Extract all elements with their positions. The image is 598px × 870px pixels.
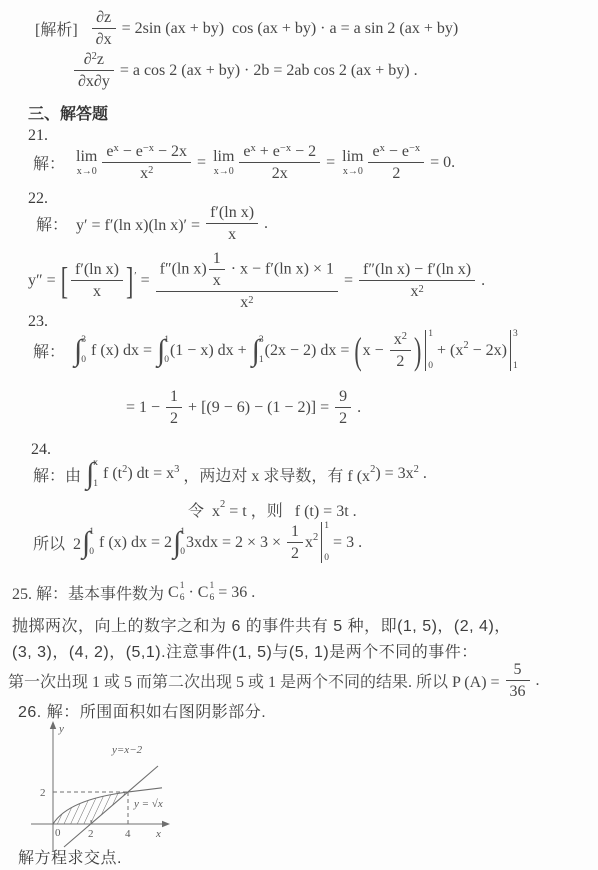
- x-tick-2-label: 2: [88, 828, 94, 840]
- text-run: ) = 3x: [375, 465, 413, 483]
- fraction-denominator: ∂x∂y: [74, 70, 114, 91]
- text-run: .: [353, 399, 361, 417]
- evaluation-lower-bound: 1: [513, 362, 518, 372]
- integral-bounds: x1: [93, 457, 98, 491]
- superscript: 2: [402, 331, 407, 342]
- superscript: 2: [92, 51, 97, 62]
- text-run: f (t: [99, 465, 122, 483]
- fraction: f″(ln x)1x · x − f′(ln x) × 1x2: [156, 249, 338, 313]
- fraction-denominator: 2: [368, 162, 424, 183]
- integral-lower-bound: 1: [259, 356, 264, 366]
- combination-symbol: C16: [198, 581, 214, 605]
- fraction: 1x: [209, 249, 225, 290]
- text-run: z: [97, 51, 104, 68]
- fraction: 12: [166, 387, 182, 428]
- text-run: + e: [256, 143, 280, 160]
- limit: limx→0: [213, 149, 234, 177]
- q25-solution-line3: (3, 3)，(4, 2)，(5,1).注意事件(1, 5)与(5, 1)是两个…: [12, 639, 478, 662]
- text-run: .: [532, 672, 540, 690]
- fraction-numerator: 5: [506, 660, 530, 680]
- final-note-text: 解方程求交点.: [18, 845, 122, 868]
- text-run: + [(9 − 6) − (1 − 2)] =: [184, 399, 333, 417]
- q25-solution-line2: 抛掷两次，向上的数字之和为 6 的事件共有 5 种，即(1, 5)，(2, 4)…: [12, 613, 511, 636]
- text-run: − 2: [291, 143, 316, 160]
- fraction-numerator: f′(ln x): [206, 203, 258, 223]
- fraction-numerator: 1: [287, 522, 303, 542]
- limit: limx→0: [76, 149, 97, 177]
- fraction: f′(ln x)x: [206, 203, 258, 244]
- fraction-denominator: x: [206, 223, 258, 244]
- text-run: − e: [119, 143, 143, 160]
- integral-lower-bound: 0: [180, 548, 185, 558]
- fraction-denominator: 2: [390, 350, 411, 371]
- integral: ∫30: [74, 334, 86, 368]
- text-run: x: [240, 294, 248, 311]
- text-run: ，两边对 x 求导数，有 f (x: [179, 463, 370, 486]
- text-run: e: [243, 143, 250, 160]
- fraction-numerator: 1: [209, 249, 225, 269]
- integral-upper-bound: 3: [259, 336, 264, 346]
- limit: limx→0: [342, 149, 363, 177]
- fraction-numerator: ex − e−x: [368, 142, 424, 162]
- fraction-denominator: 2: [287, 542, 303, 563]
- evaluation-bar-bounds: 31: [511, 330, 518, 371]
- text-run: x: [140, 165, 148, 182]
- integral: ∫10: [82, 526, 94, 560]
- question-number-23: 23.: [28, 313, 48, 331]
- text-run: ∂: [84, 51, 92, 68]
- q23-solution-line2: = 1 − 12 + [(9 − 6) − (1 − 2)] = 92 .: [126, 387, 361, 428]
- big-delimiter: ): [413, 331, 422, 370]
- text-run: = t ，则 f (t) = 3t .: [225, 498, 356, 521]
- text-run: 解： y′ = f′(ln x)(ln x)′ =: [36, 212, 204, 235]
- fraction-denominator: 2: [335, 407, 351, 428]
- origin-label: 0: [55, 827, 61, 839]
- text-run: 3xdx = 2 × 3 ×: [186, 534, 285, 552]
- integral-bounds: 31: [259, 334, 264, 368]
- text-run: e: [372, 143, 379, 160]
- text-run: − 2x: [154, 143, 187, 160]
- integral: ∫x1: [86, 457, 98, 491]
- fraction-numerator: ∂2z: [74, 50, 114, 70]
- fraction-numerator: 1: [166, 387, 182, 407]
- text-run: · x − f′(ln x) × 1: [227, 260, 334, 277]
- x-axis-arrow: [162, 821, 170, 827]
- solution-document-page: [解析] ∂z∂x = 2sin (ax + by) cos (ax + by)…: [0, 0, 598, 870]
- integral-lower-bound: 0: [164, 356, 169, 366]
- text-run: = 3 .: [329, 534, 362, 552]
- text-run: = 0.: [426, 154, 455, 172]
- integral-lower-bound: 0: [81, 356, 86, 366]
- text-run: x: [305, 534, 313, 552]
- text-run: + (x: [433, 342, 463, 360]
- text-run: = a cos 2 (ax + by) · 2b = 2ab cos 2 (ax…: [116, 62, 418, 80]
- text-run: (1 − x) dx +: [170, 342, 251, 360]
- q25-solution-line4: 第一次出现 1 或 5 而第二次出现 5 或 1 是两个不同的结果. 所以 P …: [8, 660, 540, 701]
- superscript: 3: [174, 464, 179, 475]
- text-run: f (x) dx =: [87, 342, 156, 360]
- text-run: f″(ln x): [160, 260, 207, 277]
- fraction: f″(ln x) − f′(ln x)x2: [359, 260, 475, 301]
- fraction: 12: [287, 522, 303, 563]
- integral-bounds: 10: [180, 526, 185, 560]
- evaluation-bar: 31: [510, 330, 518, 371]
- text-run: =: [193, 154, 210, 172]
- integral: ∫10: [157, 334, 169, 368]
- fraction-numerator: ex + e−x − 2: [239, 142, 320, 162]
- limit-word: lim: [76, 149, 97, 165]
- x-axis-label: x: [155, 828, 161, 840]
- section-heading: 三、解答题: [28, 101, 108, 124]
- y-axis-label: y: [58, 723, 64, 735]
- superscript: x: [251, 143, 256, 154]
- fraction: ex − e−x2: [368, 142, 424, 183]
- fraction: ∂2z∂x∂y: [74, 50, 114, 91]
- text-run: = 1 −: [126, 399, 164, 417]
- limit-subscript: x→0: [214, 167, 234, 177]
- fraction-numerator: 9: [335, 387, 351, 407]
- fraction-denominator: x2: [359, 280, 475, 301]
- limit-subscript: x→0: [343, 167, 363, 177]
- evaluation-bar-bounds: 10: [322, 522, 329, 563]
- big-delimiter: (: [353, 331, 362, 370]
- curve-equation-label: y = √x: [133, 798, 163, 810]
- text-run: 解：: [33, 339, 73, 362]
- combination-base: C: [168, 584, 179, 602]
- text-run: y″ =: [28, 272, 60, 290]
- integral-upper-bound: 1: [164, 336, 169, 346]
- evaluation-bar: 10: [321, 522, 329, 563]
- evaluation-lower-bound: 0: [428, 362, 433, 372]
- text-run: x: [394, 331, 402, 348]
- superscript: 2: [122, 464, 127, 475]
- y-axis-arrow: [50, 721, 56, 729]
- fraction-numerator: f′(ln x): [71, 260, 123, 280]
- text-run: (2x − 2) dx =: [265, 342, 354, 360]
- fraction-numerator: ex − e−x − 2x: [102, 142, 191, 162]
- q25-solution-line1: 25. 解：基本事件数为 C16 · C16 = 36 .: [12, 581, 255, 605]
- integral-bounds: 10: [89, 526, 94, 560]
- fraction: 92: [335, 387, 351, 428]
- integral: ∫10: [173, 526, 185, 560]
- text-run: ) dt = x: [127, 465, 174, 483]
- fraction-denominator: 36: [506, 680, 530, 701]
- text-run: f (x) dx = 2: [95, 534, 172, 552]
- integral-lower-bound: 1: [93, 480, 98, 490]
- superscript: −x: [409, 143, 420, 154]
- integral-upper-bound: 1: [89, 528, 94, 538]
- text-run: 解：由: [33, 463, 85, 486]
- fraction: ex + e−x − 22x: [239, 142, 320, 183]
- fraction: f′(ln x)x: [71, 260, 123, 301]
- fraction: ∂z∂x: [92, 8, 116, 49]
- limit-subscript: x→0: [77, 167, 97, 177]
- formula-dz-dx: [解析] ∂z∂x = 2sin (ax + by) cos (ax + by)…: [35, 8, 458, 49]
- text-run: ·: [184, 584, 197, 602]
- integral-bounds: 30: [81, 334, 86, 368]
- superscript: −x: [143, 143, 154, 154]
- fraction-numerator: f″(ln x) − f′(ln x): [359, 260, 475, 280]
- fraction-denominator: x: [71, 280, 123, 301]
- fraction-numerator: ∂z: [92, 8, 116, 28]
- integral-bounds: 10: [164, 334, 169, 368]
- superscript: 2: [414, 464, 419, 475]
- text-run: 令 x: [188, 498, 220, 521]
- limit-word: lim: [342, 149, 363, 165]
- superscript: 2: [463, 340, 468, 351]
- fraction-numerator: x2: [390, 330, 411, 350]
- line-equation-label: y=x−2: [111, 744, 143, 756]
- big-delimiter: [: [60, 262, 69, 301]
- q23-solution-line1: 解： ∫30 f (x) dx = ∫10(1 − x) dx + ∫31(2x…: [33, 330, 518, 371]
- text-run: 解：: [33, 151, 73, 174]
- q24-solution-line1: 解：由 ∫x1 f (t2) dt = x3 ，两边对 x 求导数，有 f (x…: [33, 457, 427, 491]
- superscript: 2: [248, 295, 253, 306]
- text-run: = 2sin (ax + by) cos (ax + by) · a = a s…: [118, 20, 459, 38]
- evaluation-upper-bound: 1: [324, 522, 329, 532]
- superscript: 2: [370, 464, 375, 475]
- evaluation-upper-bound: 1: [428, 330, 433, 340]
- limit-word: lim: [213, 149, 234, 165]
- evaluation-bar-bounds: 10: [426, 330, 433, 371]
- superscript: 2: [220, 499, 225, 510]
- integral: ∫31: [252, 334, 264, 368]
- superscript: 2: [418, 284, 423, 295]
- x-tick-4-label: 4: [125, 828, 131, 840]
- superscript: ′: [134, 271, 136, 282]
- text-run: [解析]: [35, 17, 90, 40]
- superscript: x: [380, 143, 385, 154]
- big-delimiter: ]: [125, 262, 134, 301]
- superscript: 2: [313, 532, 318, 543]
- y-tick-2-label: 2: [40, 787, 46, 799]
- fraction: ex − e−x − 2xx2: [102, 142, 191, 183]
- q21-solution: 解： limx→0ex − e−x − 2xx2 = limx→0ex + e−…: [33, 142, 455, 183]
- region-area-graph: y x 0 2 4 2 y=x−2 y = √x: [28, 716, 243, 856]
- combination-symbol: C16: [168, 581, 184, 605]
- text-run: .: [260, 215, 268, 233]
- integral-lower-bound: 0: [89, 548, 94, 558]
- fraction-denominator: 2x: [239, 162, 320, 183]
- text-run: 所以 2: [33, 531, 81, 554]
- evaluation-lower-bound: 0: [324, 554, 329, 564]
- q22-solution-line2: y″ = [f′(ln x)x]′ = f″(ln x)1x · x − f′(…: [28, 249, 485, 313]
- fraction: x22: [390, 330, 411, 371]
- text-run: 第一次出现 1 或 5 而第二次出现 5 或 1 是两个不同的结果. 所以 P …: [8, 669, 504, 692]
- text-run: .: [419, 465, 427, 483]
- q22-solution-line1: 解： y′ = f′(ln x)(ln x)′ = f′(ln x)x .: [36, 203, 268, 244]
- fraction-denominator: x: [209, 269, 225, 290]
- text-run: =: [137, 272, 154, 290]
- text-run: − 2x): [469, 342, 507, 360]
- combination-base: C: [198, 584, 209, 602]
- fraction-denominator: x2: [156, 291, 338, 312]
- text-run: − e: [385, 143, 409, 160]
- superscript: x: [113, 143, 118, 154]
- fraction-numerator: f″(ln x)1x · x − f′(ln x) × 1: [156, 249, 338, 291]
- formula-d2z-dxdy: ∂2z∂x∂y = a cos 2 (ax + by) · 2b = 2ab c…: [72, 50, 418, 91]
- text-run: x −: [363, 342, 388, 360]
- text-run: .: [477, 272, 485, 290]
- q24-solution-line2: 令 x2 = t ，则 f (t) = 3t .: [188, 498, 357, 521]
- text-run: 25. 解：基本事件数为: [12, 581, 168, 604]
- fraction-denominator: ∂x: [92, 28, 116, 49]
- shaded-region: [53, 792, 128, 824]
- text-run: = 36 .: [214, 584, 255, 602]
- evaluation-upper-bound: 3: [513, 330, 518, 340]
- integral-upper-bound: x: [93, 459, 98, 469]
- text-run: =: [340, 272, 357, 290]
- superscript: −x: [280, 143, 291, 154]
- integral-upper-bound: 1: [180, 528, 185, 538]
- evaluation-bar: 10: [425, 330, 433, 371]
- text-run: =: [322, 154, 339, 172]
- superscript: 2: [148, 165, 153, 176]
- fraction-denominator: 2: [166, 407, 182, 428]
- fraction: 536: [506, 660, 530, 701]
- integral-upper-bound: 3: [81, 336, 86, 346]
- q24-solution-line3: 所以 2∫10 f (x) dx = 2∫103xdx = 2 × 3 × 12…: [33, 522, 362, 563]
- fraction-denominator: x2: [102, 162, 191, 183]
